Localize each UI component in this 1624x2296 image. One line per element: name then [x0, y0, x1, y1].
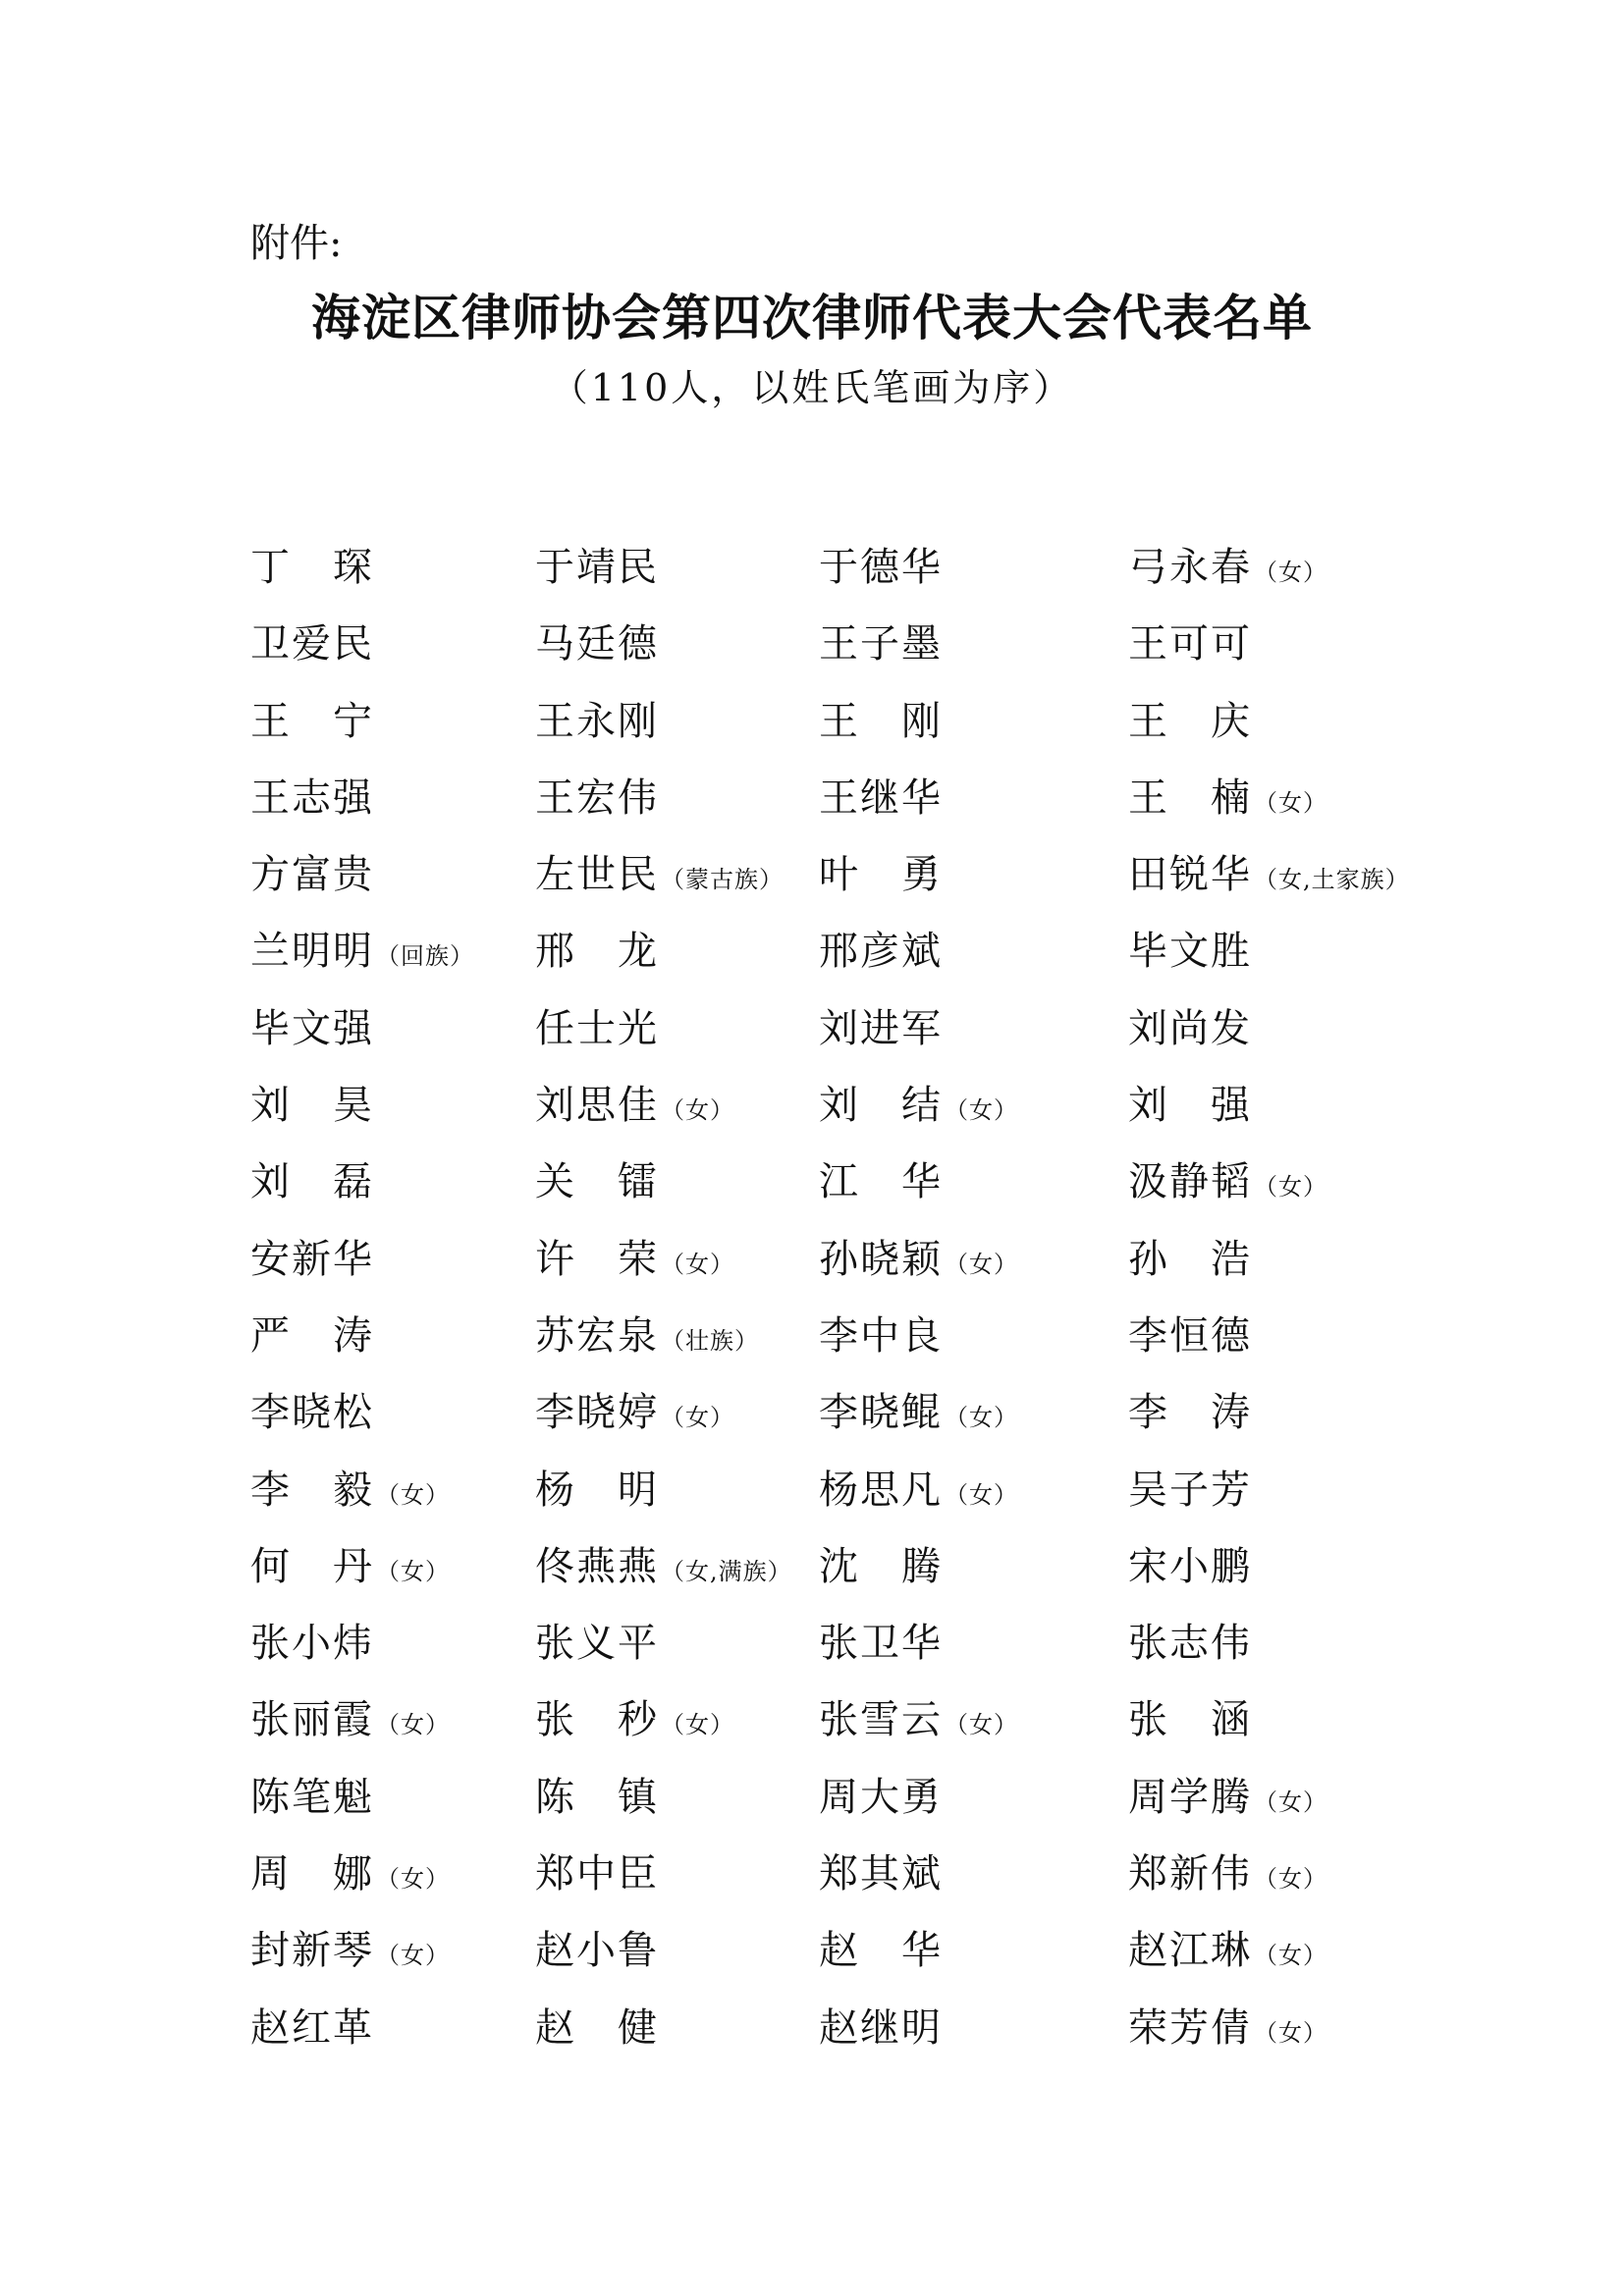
- delegate-entry: 关 镭: [535, 1152, 661, 1216]
- delegate-note: （女）: [945, 1481, 1018, 1509]
- delegate-name: 何 丹: [250, 1544, 374, 1589]
- delegate-note: （女）: [945, 1251, 1018, 1278]
- delegate-row: 毕文强任士光刘进军刘尚发: [0, 999, 1624, 1076]
- delegate-name: 严 涛: [250, 1313, 374, 1359]
- delegate-name: 李 毅: [250, 1468, 374, 1513]
- delegate-name: 李中良: [819, 1313, 943, 1359]
- delegate-name: 王子墨: [819, 621, 943, 667]
- delegate-row: 赵红革赵 健赵继明荣芳倩（女）: [0, 1999, 1624, 2075]
- delegate-entry: 叶 勇: [819, 845, 945, 909]
- delegate-entry: 安新华: [250, 1230, 376, 1294]
- delegate-entry: 左世民（蒙古族）: [535, 845, 784, 909]
- delegate-entry: 杨 明: [535, 1461, 661, 1524]
- delegate-note: （壮族）: [661, 1327, 759, 1355]
- delegate-note: （女）: [1254, 1865, 1327, 1893]
- delegate-name: 赵继明: [819, 2005, 943, 2051]
- delegate-entry: 张小炜: [250, 1614, 376, 1678]
- delegate-row: 王 宁王永刚王 刚王 庆: [0, 692, 1624, 769]
- delegate-name: 王 宁: [250, 699, 374, 744]
- delegate-entry: 张志伟: [1128, 1614, 1254, 1678]
- document-subtitle: （110人，以姓氏笔画为序）: [0, 363, 1624, 412]
- delegate-entry: 许 荣（女）: [535, 1230, 734, 1294]
- delegate-name: 赵小鲁: [535, 1928, 659, 1973]
- delegate-entry: 刘思佳（女）: [535, 1076, 734, 1140]
- delegate-entry: 郑新伟（女）: [1128, 1844, 1327, 1908]
- delegate-entry: 李 毅（女）: [250, 1461, 450, 1524]
- delegate-entry: 刘 磊: [250, 1152, 376, 1216]
- delegate-name: 荣芳倩: [1128, 2005, 1252, 2051]
- delegate-name: 陈 镇: [535, 1775, 659, 1820]
- delegate-note: （蒙古族）: [661, 866, 784, 893]
- delegate-name: 田锐华: [1128, 852, 1252, 897]
- delegate-name: 封新琴: [250, 1928, 374, 1973]
- delegate-entry: 李晓鲲（女）: [819, 1383, 1018, 1447]
- delegate-name: 刘 强: [1128, 1083, 1252, 1128]
- delegate-entry: 刘 强: [1128, 1076, 1254, 1140]
- delegate-name: 陈笔魁: [250, 1775, 374, 1820]
- delegate-row: 封新琴（女）赵小鲁赵 华赵江琳（女）: [0, 1921, 1624, 1998]
- delegate-entry: 马廷德: [535, 614, 661, 678]
- delegate-name: 汲静韬: [1128, 1159, 1252, 1204]
- delegate-entry: 刘进军: [819, 999, 945, 1063]
- delegate-note: （女）: [945, 1404, 1018, 1431]
- delegate-name: 王 楠: [1128, 775, 1252, 821]
- delegate-entry: 毕文胜: [1128, 922, 1254, 986]
- delegate-entry: 王永刚: [535, 692, 661, 756]
- delegate-name: 张 秒: [535, 1697, 659, 1742]
- delegate-entry: 苏宏泉（壮族）: [535, 1307, 759, 1370]
- delegate-note: （女）: [1254, 1942, 1327, 1969]
- delegate-name: 任士光: [535, 1006, 659, 1051]
- delegate-entry: 张卫华: [819, 1614, 945, 1678]
- delegate-note: （女）: [661, 1711, 734, 1738]
- delegate-name: 江 华: [819, 1159, 943, 1204]
- delegate-name: 刘 结: [819, 1083, 943, 1128]
- delegate-note: （女）: [661, 1096, 734, 1124]
- delegate-row: 李晓松李晓婷（女）李晓鲲（女）李 涛: [0, 1383, 1624, 1460]
- delegate-row: 刘 昊刘思佳（女）刘 结（女）刘 强: [0, 1076, 1624, 1152]
- delegate-name: 赵红革: [250, 2005, 374, 2051]
- delegate-row: 兰明明（回族）邢 龙邢彦斌毕文胜: [0, 922, 1624, 998]
- delegate-entry: 赵继明: [819, 1999, 945, 2062]
- delegate-name: 李晓松: [250, 1390, 374, 1435]
- delegate-row: 何 丹（女）佟燕燕（女,满族）沈 腾宋小鹏: [0, 1537, 1624, 1614]
- delegate-entry: 王宏伟: [535, 769, 661, 832]
- delegate-name: 吴子芳: [1128, 1468, 1252, 1513]
- delegate-entry: 王 刚: [819, 692, 945, 756]
- delegate-entry: 陈 镇: [535, 1768, 661, 1832]
- delegate-entry: 杨思凡（女）: [819, 1461, 1018, 1524]
- delegate-entry: 赵 华: [819, 1921, 945, 1985]
- delegate-name: 王志强: [250, 775, 374, 821]
- delegate-entry: 赵红革: [250, 1999, 376, 2062]
- delegate-name: 叶 勇: [819, 852, 943, 897]
- delegate-note: （女）: [1254, 1173, 1327, 1201]
- delegate-entry: 方富贵: [250, 845, 376, 909]
- delegate-row: 丁 琛于靖民于德华弓永春（女）: [0, 538, 1624, 614]
- delegate-entry: 于德华: [819, 538, 945, 602]
- delegate-entry: 张 涵: [1128, 1690, 1254, 1754]
- delegate-name: 孙 浩: [1128, 1237, 1252, 1282]
- delegate-name: 周 娜: [250, 1851, 374, 1896]
- delegate-entry: 李 涛: [1128, 1383, 1254, 1447]
- delegate-name: 刘思佳: [535, 1083, 659, 1128]
- delegate-name: 张丽霞: [250, 1697, 374, 1742]
- delegate-name: 于德华: [819, 545, 943, 590]
- delegate-entry: 张义平: [535, 1614, 661, 1678]
- delegate-note: （女）: [1254, 789, 1327, 817]
- delegate-entry: 郑中臣: [535, 1844, 661, 1908]
- delegate-entry: 王 庆: [1128, 692, 1254, 756]
- delegate-name: 张 涵: [1128, 1697, 1252, 1742]
- delegate-row: 张丽霞（女）张 秒（女）张雪云（女）张 涵: [0, 1690, 1624, 1767]
- delegate-name: 毕文强: [250, 1006, 374, 1051]
- delegate-entry: 弓永春（女）: [1128, 538, 1327, 602]
- delegate-entry: 丁 琛: [250, 538, 376, 602]
- delegate-row: 刘 磊关 镭江 华汲静韬（女）: [0, 1152, 1624, 1229]
- delegate-entry: 封新琴（女）: [250, 1921, 450, 1985]
- delegate-name: 张小炜: [250, 1621, 374, 1666]
- delegate-entry: 沈 腾: [819, 1537, 945, 1601]
- delegate-entry: 严 涛: [250, 1307, 376, 1370]
- delegate-name: 苏宏泉: [535, 1313, 659, 1359]
- delegate-entry: 宋小鹏: [1128, 1537, 1254, 1601]
- delegate-entry: 汲静韬（女）: [1128, 1152, 1327, 1216]
- delegate-entry: 刘 昊: [250, 1076, 376, 1140]
- delegate-name: 杨 明: [535, 1468, 659, 1513]
- delegate-note: （女）: [1254, 2019, 1327, 2047]
- delegate-name: 张雪云: [819, 1697, 943, 1742]
- delegate-entry: 何 丹（女）: [250, 1537, 450, 1601]
- delegate-name: 张志伟: [1128, 1621, 1252, 1666]
- delegate-row: 安新华许 荣（女）孙晓颖（女）孙 浩: [0, 1230, 1624, 1307]
- delegate-name: 刘进军: [819, 1006, 943, 1051]
- delegate-note: （女）: [376, 1865, 450, 1893]
- delegate-name: 刘 昊: [250, 1083, 374, 1128]
- delegate-name: 弓永春: [1128, 545, 1252, 590]
- delegate-note: （女）: [945, 1096, 1018, 1124]
- delegate-entry: 卫爱民: [250, 614, 376, 678]
- delegate-row: 陈笔魁陈 镇周大勇周学腾（女）: [0, 1768, 1624, 1844]
- delegate-entry: 周学腾（女）: [1128, 1768, 1327, 1832]
- delegate-row: 张小炜张义平张卫华张志伟: [0, 1614, 1624, 1690]
- delegate-entry: 佟燕燕（女,满族）: [535, 1537, 792, 1601]
- delegate-name: 卫爱民: [250, 621, 374, 667]
- delegate-name: 王继华: [819, 775, 943, 821]
- delegate-entry: 王 楠（女）: [1128, 769, 1327, 832]
- delegate-name: 张卫华: [819, 1621, 943, 1666]
- delegate-name: 孙晓颖: [819, 1237, 943, 1282]
- delegate-entry: 孙晓颖（女）: [819, 1230, 1018, 1294]
- delegate-note: （女）: [376, 1711, 450, 1738]
- delegate-entry: 李恒德: [1128, 1307, 1254, 1370]
- delegate-name: 沈 腾: [819, 1544, 943, 1589]
- delegate-note: （女）: [661, 1251, 734, 1278]
- delegate-entry: 毕文强: [250, 999, 376, 1063]
- delegate-note: （女）: [376, 1481, 450, 1509]
- delegate-row: 王志强王宏伟王继华王 楠（女）: [0, 769, 1624, 845]
- delegate-entry: 邢 龙: [535, 922, 661, 986]
- delegate-name: 宋小鹏: [1128, 1544, 1252, 1589]
- delegate-note: （女,土家族）: [1254, 866, 1410, 893]
- delegate-name: 周大勇: [819, 1775, 943, 1820]
- delegate-name: 刘 磊: [250, 1159, 374, 1204]
- delegate-entry: 周大勇: [819, 1768, 945, 1832]
- delegate-entry: 邢彦斌: [819, 922, 945, 986]
- delegate-entry: 兰明明（回族）: [250, 922, 474, 986]
- delegate-name: 马廷德: [535, 621, 659, 667]
- delegate-entry: 赵 健: [535, 1999, 661, 2062]
- delegate-entry: 刘 结（女）: [819, 1076, 1018, 1140]
- delegate-name: 郑其斌: [819, 1851, 943, 1896]
- delegate-name: 周学腾: [1128, 1775, 1252, 1820]
- delegate-name: 安新华: [250, 1237, 374, 1282]
- delegate-name: 王 庆: [1128, 699, 1252, 744]
- delegate-name: 赵 华: [819, 1928, 943, 1973]
- delegate-entry: 李晓婷（女）: [535, 1383, 734, 1447]
- delegate-note: （女）: [376, 1558, 450, 1585]
- delegate-name: 张义平: [535, 1621, 659, 1666]
- delegate-name: 左世民: [535, 852, 659, 897]
- delegate-entry: 吴子芳: [1128, 1461, 1254, 1524]
- delegate-entry: 王子墨: [819, 614, 945, 678]
- delegate-row: 严 涛苏宏泉（壮族）李中良李恒德: [0, 1307, 1624, 1383]
- delegate-entry: 赵江琳（女）: [1128, 1921, 1327, 1985]
- delegate-row: 卫爱民马廷德王子墨王可可: [0, 614, 1624, 691]
- delegate-name: 方富贵: [250, 852, 374, 897]
- delegate-note: （女）: [661, 1404, 734, 1431]
- delegate-entry: 刘尚发: [1128, 999, 1254, 1063]
- delegate-entry: 王可可: [1128, 614, 1254, 678]
- delegate-entry: 江 华: [819, 1152, 945, 1216]
- delegate-entry: 王志强: [250, 769, 376, 832]
- delegate-entry: 赵小鲁: [535, 1921, 661, 1985]
- delegate-note: （女,满族）: [661, 1558, 792, 1585]
- delegate-name: 赵江琳: [1128, 1928, 1252, 1973]
- delegate-entry: 王继华: [819, 769, 945, 832]
- delegate-entry: 郑其斌: [819, 1844, 945, 1908]
- delegate-entry: 张雪云（女）: [819, 1690, 1018, 1754]
- delegate-name: 李晓婷: [535, 1390, 659, 1435]
- delegate-name: 赵 健: [535, 2005, 659, 2051]
- delegate-name: 王宏伟: [535, 775, 659, 821]
- delegate-name: 郑中臣: [535, 1851, 659, 1896]
- delegate-name: 关 镭: [535, 1159, 659, 1204]
- delegate-entry: 李晓松: [250, 1383, 376, 1447]
- delegate-entry: 李中良: [819, 1307, 945, 1370]
- delegate-name: 于靖民: [535, 545, 659, 590]
- delegate-note: （女）: [1254, 559, 1327, 586]
- delegate-entry: 陈笔魁: [250, 1768, 376, 1832]
- delegate-entry: 孙 浩: [1128, 1230, 1254, 1294]
- delegate-name: 刘尚发: [1128, 1006, 1252, 1051]
- delegate-entry: 荣芳倩（女）: [1128, 1999, 1327, 2062]
- delegate-name: 李晓鲲: [819, 1390, 943, 1435]
- attachment-label: 附件:: [250, 218, 342, 269]
- delegate-name: 王 刚: [819, 699, 943, 744]
- delegate-name: 王永刚: [535, 699, 659, 744]
- document-title: 海淀区律师协会第四次律师代表大会代表名单: [0, 287, 1624, 349]
- delegate-note: （女）: [376, 1942, 450, 1969]
- delegate-entry: 王 宁: [250, 692, 376, 756]
- delegate-name: 兰明明: [250, 929, 374, 974]
- delegate-name: 邢 龙: [535, 929, 659, 974]
- delegate-name: 李 涛: [1128, 1390, 1252, 1435]
- delegate-row: 李 毅（女）杨 明杨思凡（女）吴子芳: [0, 1461, 1624, 1537]
- delegate-row: 方富贵左世民（蒙古族）叶 勇田锐华（女,土家族）: [0, 845, 1624, 922]
- delegate-entry: 田锐华（女,土家族）: [1128, 845, 1410, 909]
- delegate-name: 李恒德: [1128, 1313, 1252, 1359]
- delegate-entry: 于靖民: [535, 538, 661, 602]
- delegate-name: 毕文胜: [1128, 929, 1252, 974]
- delegate-entry: 任士光: [535, 999, 661, 1063]
- delegate-entry: 张 秒（女）: [535, 1690, 734, 1754]
- delegate-name: 王可可: [1128, 621, 1252, 667]
- delegate-name: 丁 琛: [250, 545, 374, 590]
- delegate-note: （回族）: [376, 942, 474, 970]
- delegate-entry: 张丽霞（女）: [250, 1690, 450, 1754]
- delegate-name: 许 荣: [535, 1237, 659, 1282]
- delegate-list: 丁 琛于靖民于德华弓永春（女）卫爱民马廷德王子墨王可可王 宁王永刚王 刚王 庆王…: [0, 538, 1624, 2075]
- delegate-row: 周 娜（女）郑中臣郑其斌郑新伟（女）: [0, 1844, 1624, 1921]
- delegate-name: 邢彦斌: [819, 929, 943, 974]
- delegate-entry: 周 娜（女）: [250, 1844, 450, 1908]
- delegate-name: 杨思凡: [819, 1468, 943, 1513]
- delegate-name: 佟燕燕: [535, 1544, 659, 1589]
- delegate-name: 郑新伟: [1128, 1851, 1252, 1896]
- delegate-note: （女）: [1254, 1789, 1327, 1816]
- delegate-note: （女）: [945, 1711, 1018, 1738]
